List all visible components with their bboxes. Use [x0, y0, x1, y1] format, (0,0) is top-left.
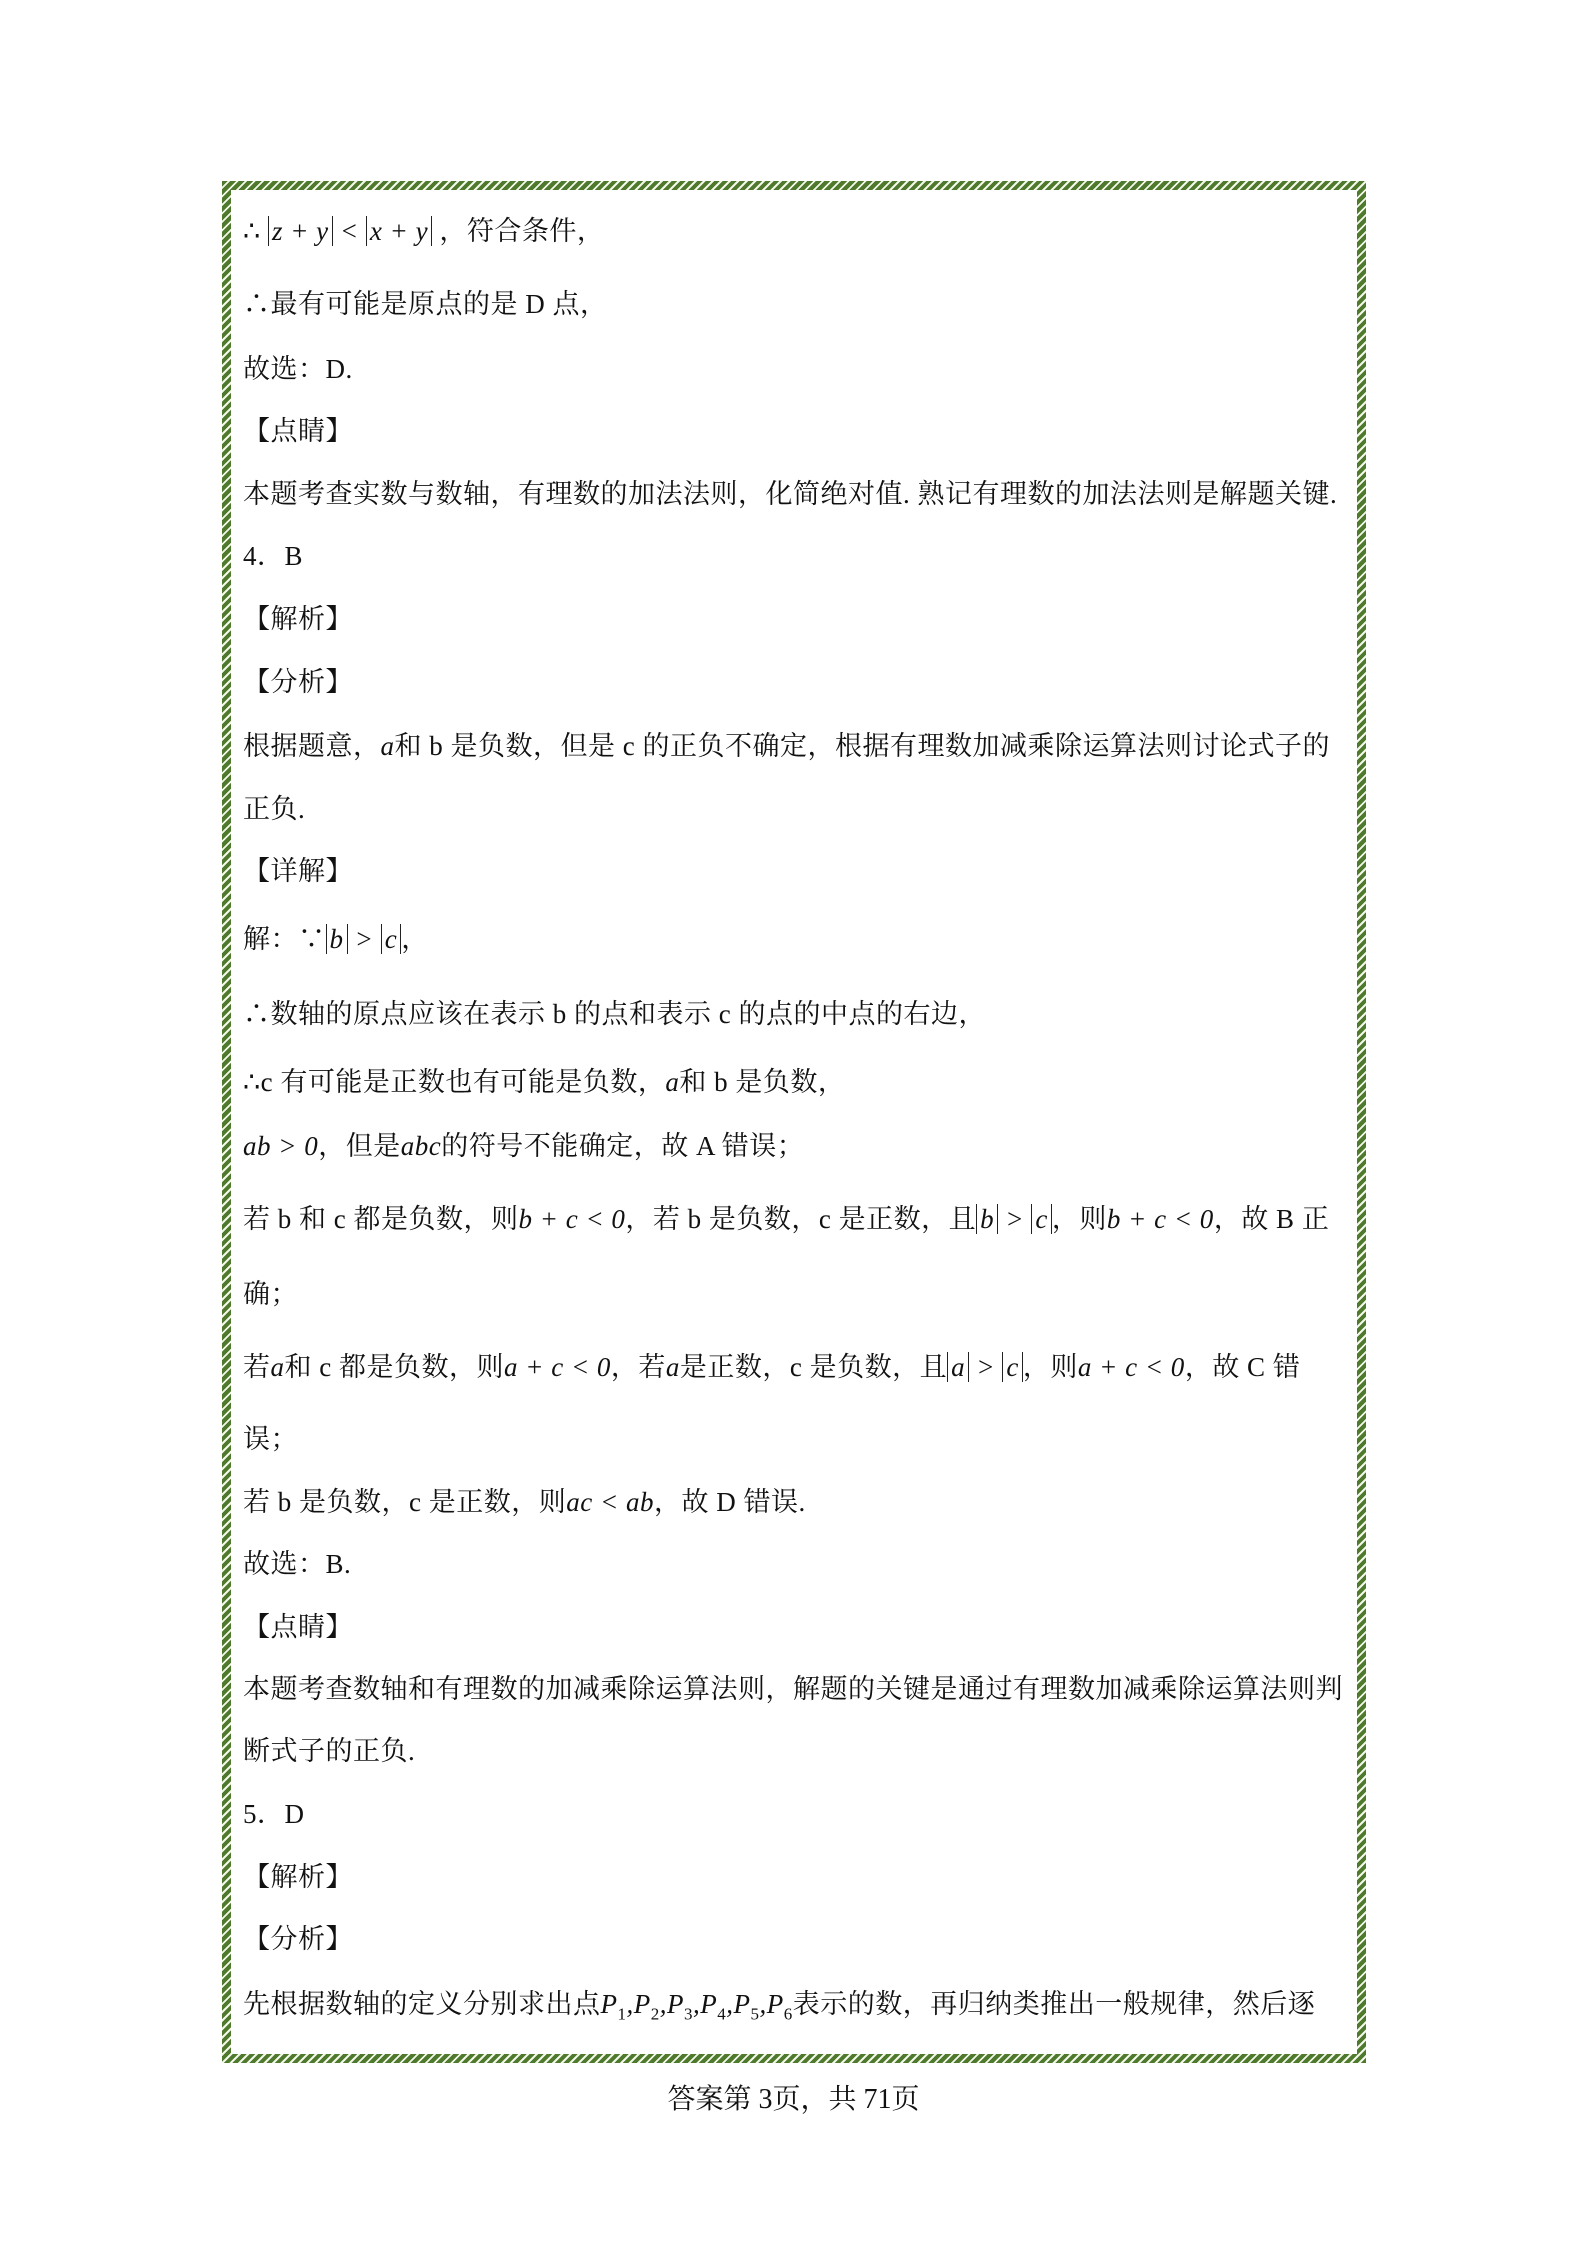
math-abs-inequality: a > c	[947, 1352, 1023, 1382]
text-line: 本题考查数轴和有理数的加减乘除运算法则，解题的关键是通过有理数加减乘除运算法则判	[243, 1672, 1343, 1706]
text-line-conclusion-inequality: ∴ z + y < x + y ，符合条件，	[243, 214, 604, 248]
math-var: a	[271, 1352, 285, 1382]
math-expr: b + c < 0	[1107, 1204, 1214, 1234]
text: ，故 D 错误.	[654, 1487, 806, 1517]
math-expr: ab > 0	[243, 1131, 318, 1161]
text-line: 正负.	[243, 792, 305, 826]
text: 和 b 是负数，	[679, 1067, 845, 1097]
therefore-symbol: ∴	[243, 216, 261, 246]
answer-line: 故选：B.	[243, 1547, 351, 1581]
page-border-frame	[222, 181, 1366, 2063]
text: 和 c 都是负数，则	[285, 1352, 504, 1382]
text-line: 根据题意，a和 b 是负数，但是 c 的正负不确定，根据有理数加减乘除运算法则讨…	[243, 729, 1330, 763]
text: 的符号不能确定，故 A 错误；	[441, 1131, 804, 1161]
text: ，若	[611, 1352, 666, 1382]
text: ，符合条件，	[439, 216, 604, 246]
text: ，故 B 正	[1214, 1204, 1330, 1234]
text: ，故 C 错	[1185, 1352, 1301, 1382]
math-expr: a + c < 0	[1078, 1352, 1185, 1382]
section-heading-xiangjie: 【详解】	[243, 854, 353, 888]
math-abs-inequality: b > c	[326, 924, 402, 954]
section-heading-fenxi: 【分析】	[243, 1922, 353, 1956]
text: ∴c 有可能是正数也有可能是负数，	[243, 1067, 665, 1097]
text-line: 若a和 c 都是负数，则a + c < 0，若a是正数，c 是负数，且a > c…	[243, 1350, 1300, 1384]
text: 是正数，c 是负数，且	[680, 1352, 947, 1382]
text-line: 本题考查实数与数轴，有理数的加法法则，化简绝对值. 熟记有理数的加法法则是解题关…	[243, 477, 1337, 511]
text: 根据题意，	[243, 731, 381, 761]
text-line: ∴数轴的原点应该在表示 b 的点和表示 c 的点的中点的右边，	[243, 997, 986, 1031]
text: 若	[243, 1352, 271, 1382]
text: ，则	[1052, 1204, 1107, 1234]
question-answer-4: 4．B	[243, 539, 303, 573]
math-expr: ac < ab	[566, 1487, 654, 1517]
text-line: 若 b 和 c 都是负数，则b + c < 0，若 b 是负数，c 是正数，且b…	[243, 1202, 1329, 1236]
math-expr: a + c < 0	[504, 1352, 611, 1382]
text: ，	[401, 924, 429, 954]
math-abs-inequality: z + y < x + y	[268, 216, 439, 246]
text-line: 先根据数轴的定义分别求出点P1,P2,P3,P4,P5,P6表示的数，再归纳类推…	[243, 1987, 1315, 2031]
text: ，但是	[318, 1131, 401, 1161]
math-point-list: P1,P2,P3,P4,P5,P6	[601, 1989, 793, 2019]
text-line: ∴最有可能是原点的是 D 点，	[243, 287, 608, 321]
section-heading-dianjing: 【点睛】	[243, 414, 353, 448]
text: ，若 b 是负数，c 是正数，且	[625, 1204, 976, 1234]
text-line: 解：∵b > c，	[243, 922, 429, 956]
text-line: 误；	[243, 1422, 298, 1456]
text-line: 若 b 是负数，c 是正数，则ac < ab，故 D 错误.	[243, 1485, 806, 1519]
answer-line: 故选：D.	[243, 352, 353, 386]
section-heading-jiexi: 【解析】	[243, 1860, 353, 1894]
math-var: a	[666, 1352, 680, 1382]
text-line: ab > 0，但是abc的符号不能确定，故 A 错误；	[243, 1129, 804, 1163]
math-expr: abc	[401, 1131, 441, 1161]
text: 先根据数轴的定义分别求出点	[243, 1989, 601, 2019]
section-heading-jiexi: 【解析】	[243, 602, 353, 636]
text: 若 b 和 c 都是负数，则	[243, 1204, 518, 1234]
text-line: 确；	[243, 1277, 298, 1311]
math-var: a	[665, 1067, 679, 1097]
text: 和 b 是负数，但是 c 的正负不确定，根据有理数加减乘除运算法则讨论式子的	[395, 731, 1330, 761]
section-heading-dianjing: 【点睛】	[243, 1610, 353, 1644]
math-expr: b + c < 0	[518, 1204, 625, 1234]
text: 解：∵	[243, 924, 326, 954]
text-line: ∴c 有可能是正数也有可能是负数，a和 b 是负数，	[243, 1065, 845, 1099]
question-answer-5: 5．D	[243, 1797, 305, 1831]
math-abs-inequality: b > c	[976, 1204, 1052, 1234]
section-heading-fenxi: 【分析】	[243, 665, 353, 699]
text: 表示的数，再归纳类推出一般规律，然后逐	[793, 1989, 1316, 2019]
math-var: a	[381, 731, 395, 761]
text: ，则	[1023, 1352, 1078, 1382]
page-footer: 答案第 3页，共 71页	[0, 2083, 1587, 2117]
text-line: 断式子的正负.	[243, 1734, 415, 1768]
text: 若 b 是负数，c 是正数，则	[243, 1487, 566, 1517]
